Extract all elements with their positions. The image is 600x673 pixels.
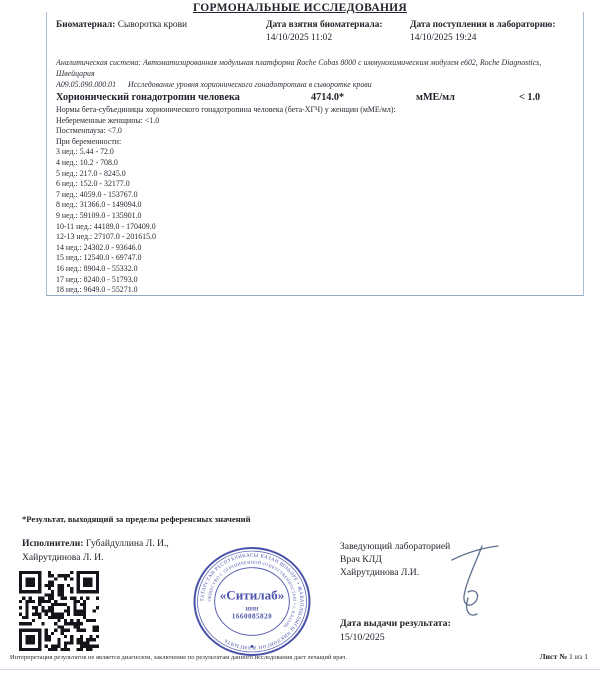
sheet-number: Лист № 1 из 1 <box>540 652 588 661</box>
service-code: А09.05.090.000.01 <box>56 80 116 89</box>
service-name: Исследование уровня хорионического гонад… <box>128 80 372 89</box>
page-bottom-rule <box>0 669 600 670</box>
norm-line: 8 нед.: 31366.0 - 149094.0 <box>56 200 580 211</box>
result-row: Хорионический гонадотропин человека 4714… <box>47 92 583 106</box>
qr-code-image <box>17 571 101 651</box>
issue-date-label: Дата выдачи результата: <box>340 617 451 631</box>
signature-image <box>438 538 510 622</box>
result-unit: мМЕ/мл <box>416 92 455 103</box>
issue-date-block: Дата выдачи результата: 15/10/2025 <box>340 617 451 645</box>
approver-block: Заведующий лабораторией Врач КЛД Хайрутд… <box>340 540 450 579</box>
sheet-label: Лист № <box>540 652 567 661</box>
performers-block: Исполнители: Губайдуллина Л. И., Хайрутд… <box>22 537 174 564</box>
result-reference: < 1.0 <box>519 92 540 103</box>
norm-line: 16 нед.: 8904.0 - 55332.0 <box>56 264 580 275</box>
norm-line: 12-13 нед.: 27107.0 - 201615.0 <box>56 232 580 243</box>
biomaterial-row: Биоматериал: Сыворотка крови <box>56 19 187 32</box>
collection-date-label: Дата взятия биоматериала: <box>266 19 383 32</box>
norm-line: 5 нед.: 217.0 - 8245.0 <box>56 169 580 180</box>
received-date-block: Дата поступления в лабораторию: 14/10/20… <box>410 19 582 45</box>
norm-line: 17 нед.: 8240.0 - 51793.0 <box>56 275 580 286</box>
reference-norms: Нормы бета-субъединицы хорионического го… <box>56 105 580 296</box>
norm-line: 6 нед.: 152.0 - 32177.0 <box>56 179 580 190</box>
collection-date-value: 14/10/2025 11:02 <box>266 32 383 45</box>
result-value: 4714.0* <box>311 92 344 103</box>
norm-line: 4 нед.: 10.2 - 708.0 <box>56 158 580 169</box>
norm-line: Небеременные женщины: <1.0 <box>56 116 580 127</box>
service-code-line: А09.05.090.000.01 Исследование уровня хо… <box>56 80 580 89</box>
approver-role: Врач КЛД <box>340 553 450 566</box>
approver-name: Хайрутдинова Л.И. <box>340 566 450 579</box>
norm-line: 14 нед.: 24302.0 - 93646.0 <box>56 243 580 254</box>
norm-line: 3 нед.: 5.44 - 72.0 <box>56 147 580 158</box>
approver-title: Заведующий лабораторией <box>340 540 450 553</box>
qr-code <box>17 571 101 651</box>
results-box: Биоматериал: Сыворотка крови Дата взятия… <box>46 12 584 296</box>
norm-line: 9 нед.: 59109.0 - 135901.0 <box>56 211 580 222</box>
norm-line: 10-11 нед.: 44189.0 - 170409.0 <box>56 222 580 233</box>
company-seal-image: ТАТАРСТАН РЕСПУБЛИКАСЫ КАЗАН ШӘҺӘРЕ • ҖА… <box>191 545 313 658</box>
analytical-system-note: Аналитическая система: Автоматизированна… <box>56 58 580 79</box>
seal-inn-value: 1660085820 <box>232 613 272 621</box>
collection-date-block: Дата взятия биоматериала: 14/10/2025 11:… <box>266 19 383 45</box>
received-date-label: Дата поступления в лабораторию: <box>410 20 555 30</box>
company-seal: ТАТАРСТАН РЕСПУБЛИКАСЫ КАЗАН ШӘҺӘРЕ • ҖА… <box>191 545 313 658</box>
out-of-range-footnote: *Результат, выходящий за пределы референ… <box>22 514 251 524</box>
norm-line: При беременности: <box>56 137 580 148</box>
sheet-value: 1 из 1 <box>567 652 588 661</box>
biomaterial-label: Биоматериал: <box>56 20 115 30</box>
norm-line: 15 нед.: 12540.0 - 69747.0 <box>56 253 580 264</box>
norm-line: 18 нед.: 9649.0 - 55271.0 <box>56 285 580 296</box>
norm-line: 7 нед.: 4059.0 - 153767.0 <box>56 190 580 201</box>
footer-disclaimer: Интерпретация результатов не является ди… <box>10 654 347 661</box>
performers-label: Исполнители: <box>22 538 83 549</box>
norm-line: Постменпауза: <7.0 <box>56 126 580 137</box>
signature <box>438 538 510 622</box>
result-name: Хорионический гонадотропин человека <box>56 92 240 103</box>
biomaterial-value: Сыворотка крови <box>118 20 187 30</box>
seal-center-text: «Ситилаб» <box>220 587 285 602</box>
received-date-value: 14/10/2025 19:24 <box>410 32 582 45</box>
issue-date-value: 15/10/2025 <box>340 631 451 645</box>
norms-title: Нормы бета-субъединицы хорионического го… <box>56 105 580 116</box>
